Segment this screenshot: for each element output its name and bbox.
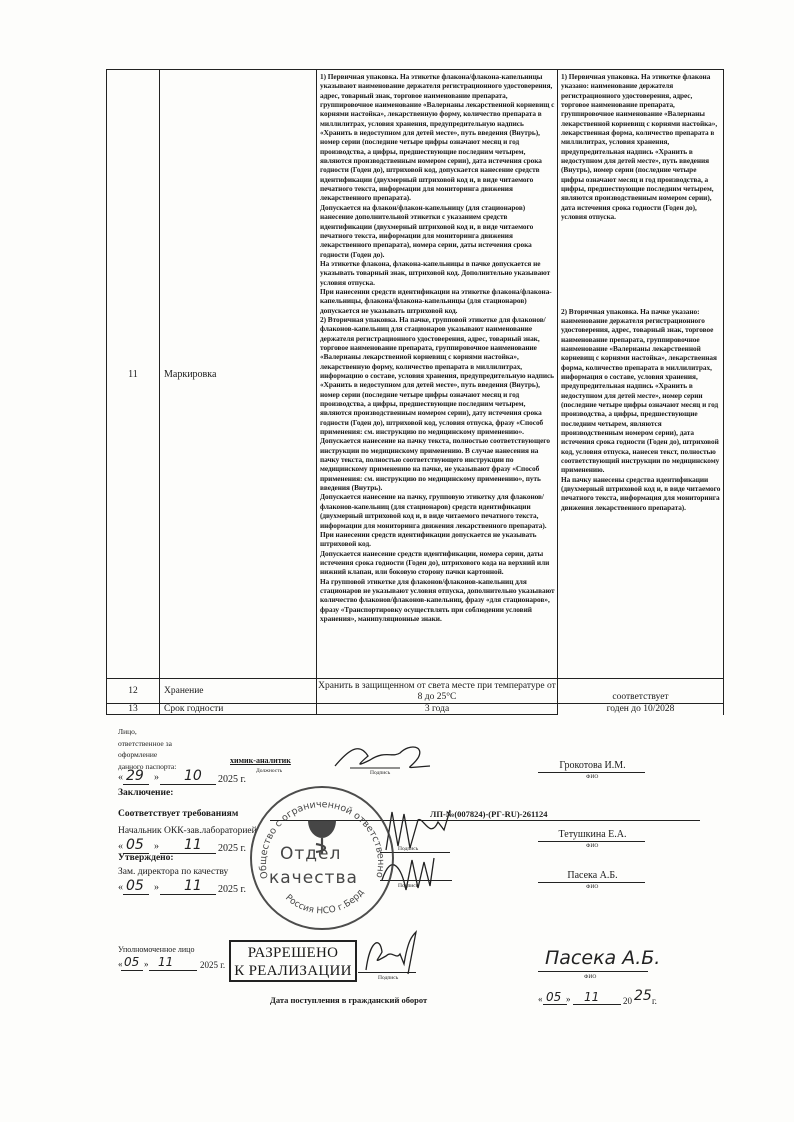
approved-position: Зам. директора по качеству — [118, 867, 228, 877]
result-value: годен до 10/2028 — [558, 704, 724, 715]
circulation-label: Дата поступления в гражданский оборот — [270, 995, 427, 1005]
requirement-value: Хранить в защищенном от света месте при … — [317, 679, 558, 704]
row-number: 11 — [107, 70, 160, 679]
authorized-label: Уполномоченное лицо — [118, 945, 194, 954]
name-caption: ФИО — [584, 974, 596, 980]
row-indicator-name: Маркировка — [160, 70, 317, 679]
results-text: 1) Первичная упаковка. На этикетке флако… — [558, 70, 723, 512]
approved-name: Пасека А.Б. — [540, 870, 645, 881]
responsible-label: Лицо, ответственное за оформление данног… — [118, 726, 176, 772]
responsible-name: Грокотова И.М. — [540, 760, 645, 771]
table-row-marking: 11 Маркировка 1) Первичная упаковка. На … — [107, 70, 724, 679]
signature-caption: Подпись — [370, 770, 390, 776]
row-number: 13 — [107, 704, 160, 715]
results-cell: 1) Первичная упаковка. На этикетке флако… — [558, 70, 724, 679]
circulation-date: « 05 » 11 20 25 г. — [538, 990, 668, 1008]
name-underline — [538, 772, 645, 773]
requirement-value: 3 года — [317, 704, 558, 715]
head-okk-name: Тетушкина Е.А. — [540, 829, 645, 840]
row-number: 12 — [107, 679, 160, 704]
row-indicator-name: Хранение — [160, 679, 317, 704]
position-caption: Должность — [256, 768, 282, 774]
requirements-text: 1) Первичная упаковка. На этикетке флако… — [317, 70, 557, 623]
head-okk-label: Начальник ОКК-зав.лабораторией — [118, 826, 257, 836]
passport-page: 11 Маркировка 1) Первичная упаковка. На … — [0, 0, 794, 1122]
name-caption: ФИО — [586, 884, 598, 890]
name-caption: ФИО — [586, 843, 598, 849]
stamp-center-line2: качества — [269, 868, 358, 888]
quality-department-stamp: Общество с ограниченной ответственностью… — [250, 786, 394, 930]
approved-for-sale-stamp: РАЗРЕШЕНО К РЕАЛИЗАЦИИ — [229, 940, 357, 982]
table-row-shelf-life: 13 Срок годности 3 года годен до 10/2028 — [107, 704, 724, 715]
result-value: соответствует — [558, 679, 724, 704]
authorized-handwritten-name: Пасека А.Б. — [545, 947, 660, 969]
stamp-center-line1: Отдел — [280, 844, 341, 864]
table-row-storage: 12 Хранение Хранить в защищенном от свет… — [107, 679, 724, 704]
signature-caption: Подпись — [398, 883, 418, 889]
quality-table: 11 Маркировка 1) Первичная упаковка. На … — [106, 69, 724, 715]
signature-caption: Подпись — [378, 975, 398, 981]
row-indicator-name: Срок годности — [160, 704, 317, 715]
name-caption: ФИО — [586, 774, 598, 780]
approved-label: Утверждено: — [118, 853, 174, 863]
bowl-of-hygieia-icon — [308, 820, 336, 838]
conclusion-label: Заключение: — [118, 788, 173, 798]
conclusion-text: Соответствует требованиям — [118, 809, 238, 819]
responsible-position: химик-аналитик — [230, 756, 291, 765]
requirements-cell: 1) Первичная упаковка. На этикетке флако… — [317, 70, 558, 679]
